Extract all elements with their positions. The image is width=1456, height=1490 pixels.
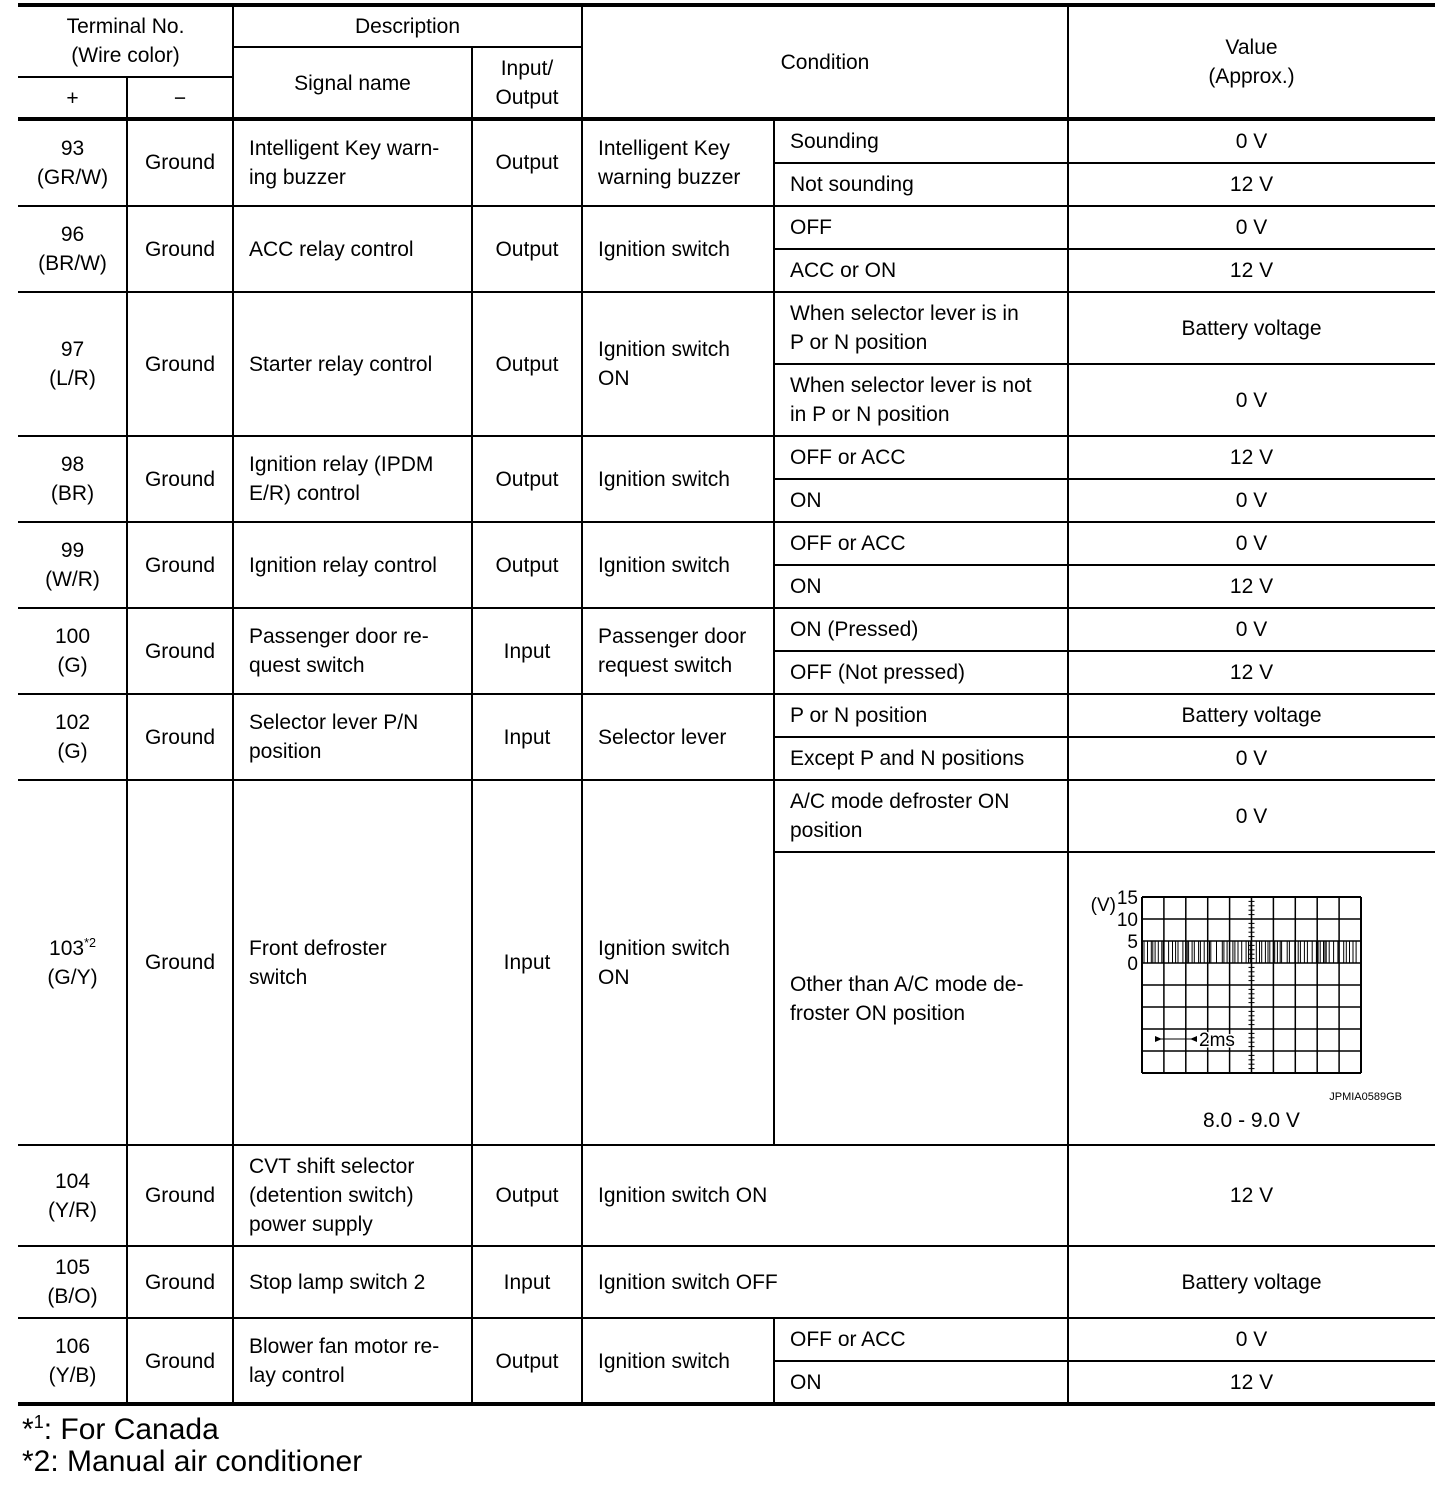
ground-terminal: Ground: [127, 694, 233, 780]
sub-condition: When selector lever is not in P or N pos…: [774, 364, 1068, 436]
value: 12 V: [1068, 249, 1435, 292]
condition: Ignition switch OFF: [582, 1246, 1068, 1318]
ground-terminal: Ground: [127, 608, 233, 694]
input-output: Output: [472, 206, 582, 292]
input-output: Output: [472, 119, 582, 206]
input-output: Output: [472, 1318, 582, 1404]
value: 0 V: [1068, 737, 1435, 780]
value: 0 V: [1068, 522, 1435, 565]
sub-condition: OFF (Not pressed): [774, 651, 1068, 694]
sub-condition: When selector lever is in P or N positio…: [774, 292, 1068, 364]
terminal-number: 93(GR/W): [18, 119, 127, 206]
ground-terminal: Ground: [127, 119, 233, 206]
input-output: Input: [472, 608, 582, 694]
signal-name: Passenger door re- quest switch: [233, 608, 472, 694]
value: 12 V: [1068, 1361, 1435, 1404]
value: 0 V: [1068, 608, 1435, 651]
signal-name: Ignition relay (IPDM E/R) control: [233, 436, 472, 522]
signal-name: Selector lever P/N position: [233, 694, 472, 780]
value: 12 V: [1068, 436, 1435, 479]
header-terminal-no: Terminal No. (Wire color): [18, 5, 233, 77]
sub-condition: Other than A/C mode de- froster ON posit…: [774, 852, 1068, 1145]
value: Battery voltage: [1068, 694, 1435, 737]
svg-text:0: 0: [1127, 954, 1138, 975]
signal-name: Intelligent Key warn- ing buzzer: [233, 119, 472, 206]
condition: Ignition switch: [582, 436, 774, 522]
terminal-table: Terminal No. (Wire color)+−DescriptionSi…: [0, 0, 1456, 1490]
value: 0 V: [1068, 1318, 1435, 1361]
signal-name: Front defroster switch: [233, 780, 472, 1145]
input-output: Output: [472, 436, 582, 522]
footnote-1: *1: For Canada: [22, 1414, 219, 1446]
condition: Selector lever: [582, 694, 774, 780]
sub-condition: ON: [774, 479, 1068, 522]
terminal-number: 106(Y/B): [18, 1318, 127, 1404]
svg-text:10: 10: [1117, 910, 1138, 931]
ground-terminal: Ground: [127, 780, 233, 1145]
header-plus: +: [18, 77, 127, 119]
svg-text:(V): (V): [1091, 895, 1116, 916]
terminal-number: 98(BR): [18, 436, 127, 522]
ground-terminal: Ground: [127, 206, 233, 292]
value: 12 V: [1068, 651, 1435, 694]
sub-condition: ON: [774, 1361, 1068, 1404]
value: 12 V: [1068, 565, 1435, 608]
ground-terminal: Ground: [127, 292, 233, 436]
condition: Ignition switch ON: [582, 780, 774, 1145]
terminal-number: 97(L/R): [18, 292, 127, 436]
input-output: Input: [472, 1246, 582, 1318]
condition: Ignition switch ON: [582, 1145, 1068, 1246]
sub-condition: Not sounding: [774, 163, 1068, 206]
sub-condition: OFF or ACC: [774, 436, 1068, 479]
condition: Intelligent Key warning buzzer: [582, 119, 774, 206]
terminal-number: 100(G): [18, 608, 127, 694]
terminal-number: 104(Y/R): [18, 1145, 127, 1246]
sub-condition: ON (Pressed): [774, 608, 1068, 651]
value: 12 V: [1068, 163, 1435, 206]
value: Battery voltage: [1068, 292, 1435, 364]
value: 0 V: [1068, 206, 1435, 249]
condition: Ignition switch ON: [582, 292, 774, 436]
terminal-number: 105(B/O): [18, 1246, 127, 1318]
sub-condition: OFF: [774, 206, 1068, 249]
sub-condition: OFF or ACC: [774, 522, 1068, 565]
input-output: Output: [472, 1145, 582, 1246]
terminal-number: 96(BR/W): [18, 206, 127, 292]
input-output: Input: [472, 694, 582, 780]
value: Battery voltage: [1068, 1246, 1435, 1318]
header-input-output: Input/ Output: [472, 47, 582, 119]
svg-text:JPMIA0589GB: JPMIA0589GB: [1329, 1091, 1402, 1103]
ground-terminal: Ground: [127, 436, 233, 522]
value: 0 V: [1068, 780, 1435, 852]
signal-name: ACC relay control: [233, 206, 472, 292]
input-output: Input: [472, 780, 582, 1145]
header-description: Description: [233, 5, 582, 47]
value: 0 V: [1068, 364, 1435, 436]
ground-terminal: Ground: [127, 1246, 233, 1318]
sub-condition: OFF or ACC: [774, 1318, 1068, 1361]
ground-terminal: Ground: [127, 1145, 233, 1246]
signal-name: CVT shift selector (detention switch) po…: [233, 1145, 472, 1246]
signal-name: Starter relay control: [233, 292, 472, 436]
oscilloscope-waveform: (V)1510502msJPMIA0589GB: [1080, 890, 1420, 1120]
terminal-number: 99(W/R): [18, 522, 127, 608]
ground-terminal: Ground: [127, 1318, 233, 1404]
signal-name: Blower fan motor re- lay control: [233, 1318, 472, 1404]
condition: Ignition switch: [582, 206, 774, 292]
value: 12 V: [1068, 1145, 1435, 1246]
condition: Passenger door request switch: [582, 608, 774, 694]
svg-text:5: 5: [1127, 932, 1138, 953]
signal-name: Ignition relay control: [233, 522, 472, 608]
signal-name: Stop lamp switch 2: [233, 1246, 472, 1318]
ground-terminal: Ground: [127, 522, 233, 608]
sub-condition: A/C mode defroster ON position: [774, 780, 1068, 852]
condition: Ignition switch: [582, 1318, 774, 1404]
sub-condition: Sounding: [774, 119, 1068, 163]
svg-text:2ms: 2ms: [1199, 1030, 1235, 1051]
value: 0 V: [1068, 479, 1435, 522]
terminal-number: 103*2(G/Y): [18, 780, 127, 1145]
input-output: Output: [472, 292, 582, 436]
header-minus: −: [127, 77, 233, 119]
footnote-2: *2: Manual air conditioner: [22, 1446, 362, 1478]
terminal-number: 102(G): [18, 694, 127, 780]
sub-condition: Except P and N positions: [774, 737, 1068, 780]
header-value: Value (Approx.): [1068, 5, 1435, 119]
svg-text:15: 15: [1117, 890, 1138, 909]
input-output: Output: [472, 522, 582, 608]
sub-condition: P or N position: [774, 694, 1068, 737]
value: 0 V: [1068, 119, 1435, 163]
sub-condition: ACC or ON: [774, 249, 1068, 292]
condition: Ignition switch: [582, 522, 774, 608]
header-signal-name: Signal name: [233, 47, 472, 119]
header-condition: Condition: [582, 5, 1068, 119]
sub-condition: ON: [774, 565, 1068, 608]
